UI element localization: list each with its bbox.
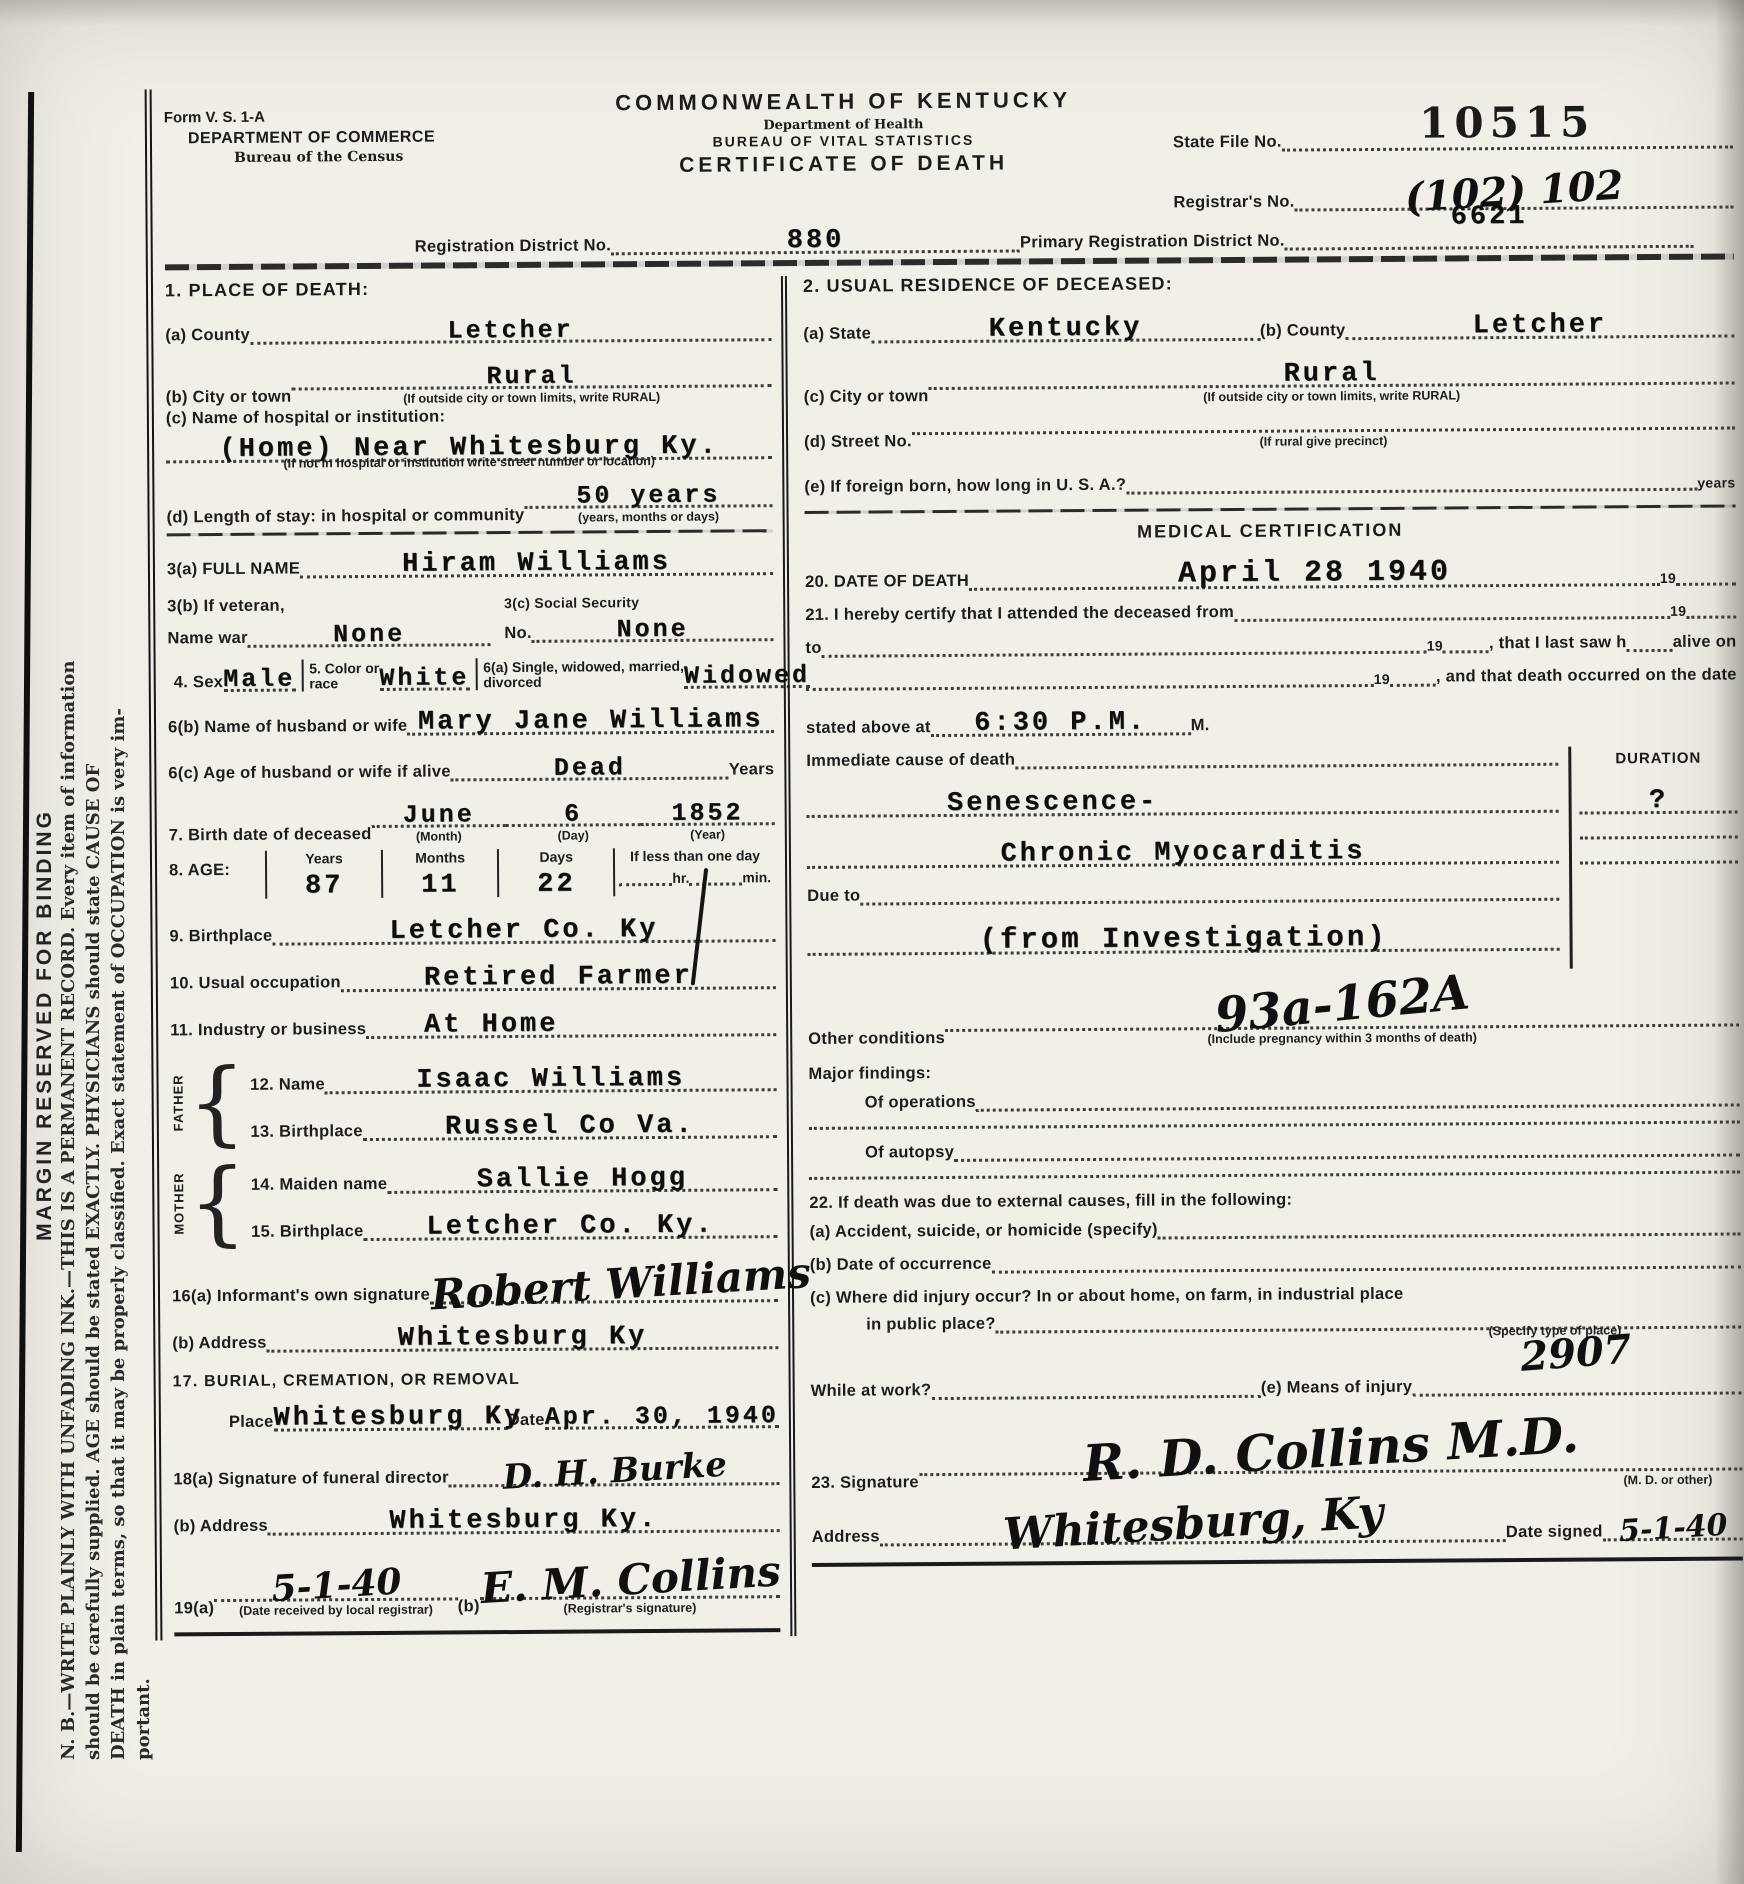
burial-date-line: Apr. 30, 1940 [545,1396,779,1430]
attended-to-row: to 19 , that I last saw h alive on [805,632,1736,657]
external-heading: 22. If death was due to external causes,… [809,1187,1740,1212]
dod-year-line [1676,582,1736,585]
county-row: (a) County Letcher [165,309,771,345]
father-brace: { [187,1066,246,1140]
city-line: Rural [291,355,771,390]
residence-heading: 2. USUAL RESIDENCE OF DECEASED: [803,269,1734,296]
occupation-line: Retired Farmer [341,956,776,992]
occurred-label: , and that death occurred on the date [1436,665,1737,686]
age-years-cap: Years [267,850,381,867]
cause2-value: Chronic Myocarditis [1000,837,1365,870]
occurred-year: 19 [1374,671,1390,687]
city-note: (If outside city or town limits, write R… [292,389,772,406]
veteran-label2: Name war [167,629,247,649]
industry-line: At Home [366,1003,776,1039]
informant-addr-row: (b) Address Whitesburg Ky [172,1316,778,1353]
means-value: 2907 [1518,1325,1633,1380]
sex-line: Male [223,660,295,693]
veteran-label: 3(b) If veteran, [167,595,490,616]
state-file-number: 10515 [1419,97,1595,147]
margin-instructions: N. B.—WRITE PLAINLY WITH UNFADING INK.—T… [56,120,156,1760]
header-agency-block: Form V. S. 1-A DEPARTMENT OF COMMERCE Bu… [164,91,515,166]
date-signed-value: 5-1-40 [1618,1508,1728,1549]
mother-bp-line: Letcher Co. Ky. [363,1205,777,1241]
registrar-sig-label: (b) [458,1597,480,1616]
date-signed-label: Date signed [1506,1522,1603,1542]
spouse-age-label: 6(c) Age of husband or wife if alive [168,762,451,783]
mother-bp-label: 15. Birthplace [251,1222,364,1242]
age-less-cap: If less than one day [615,847,775,864]
burial-date-value: Apr. 30, 1940 [545,1401,779,1432]
certificate-title: CERTIFICATE OF DEATH [514,150,1173,179]
duration-line-1: ? [1579,780,1737,814]
father-name-label: 12. Name [250,1075,325,1095]
duration-row-3 [1580,860,1738,864]
foreign-label: (e) If foreign born, how long in U. S. A… [804,476,1126,497]
foreign-line [1126,488,1697,495]
age-hr-line [619,883,672,886]
while-at-work-label: While at work? [811,1381,932,1401]
veteran-block: 3(b) If veteran, Name war None [167,595,490,648]
age-years-cell: Years 87 [265,850,381,899]
mother-name-value: Sallie Hogg [477,1164,688,1195]
physician-addr-row: Address Whitesburg, Ky Date signed 5-1-4… [811,1486,1742,1566]
to-year: 19 [1427,638,1443,654]
ssn-label: 3(c) Social Security [504,593,773,611]
full-name-line: Hiram Williams [300,542,773,578]
occupation-row: 10. Usual occupation Retired Farmer [170,956,776,993]
father-name-line: Isaac Williams [325,1058,777,1094]
industry-row: 11. Industry or business At Home [170,1003,776,1040]
father-name-row: 12. Name Isaac Williams [250,1058,777,1095]
spouse-age-row: 6(c) Age of husband or wife if alive Dea… [168,747,774,783]
scan-top-shadow [0,0,1744,26]
sex-color-marital-band: 4. Sex Male 5. Color orrace White 6(a) S… [168,656,774,692]
registrar-sig-line: E. M. Collins [479,1546,780,1600]
while-at-work-line [931,1395,1260,1400]
burial-heading: 17. BURIAL, CREMATION, OR REMOVAL [173,1369,779,1391]
mother-name-row: 14. Maiden name Sallie Hogg [251,1158,778,1195]
residence-state-label: (a) State [803,324,871,343]
of-operations-label: Of operations [865,1093,976,1113]
of-operations-row: Of operations [809,1087,1740,1112]
state-file-line: 10515 [1281,96,1733,151]
last-saw-label: , that I last saw h [1489,633,1627,653]
industry-label: 11. Industry or business [170,1020,366,1040]
marital-label: 6(a) Single, widowed, married,divorced [483,659,684,690]
immediate-cause-label: Immediate cause of death [806,751,1015,771]
external-a-row: (a) Accident, suicide, or homicide (spec… [810,1216,1741,1241]
sex-label: 4. Sex [174,673,224,692]
date-of-death-label: 20. DATE OF DEATH [805,572,969,592]
funeral-addr-label: (b) Address [174,1517,269,1537]
informant-addr-line: Whitesburg Ky [267,1316,779,1353]
veteran-value: None [333,620,405,650]
father-caption: FATHER [170,1075,185,1132]
father-block: FATHER { 12. Name Isaac Williams 13. Bir… [170,1058,777,1144]
other-conditions-line: 93a-162A [945,967,1740,1032]
time-line: 6:30 P.M. [931,702,1191,737]
physician-addr-value: Whitesburg, Ky [1002,1487,1385,1560]
blank-fill-1 [809,1120,1740,1129]
veteran-ssn-band: 3(b) If veteran, Name war None 3(c) Soci… [167,593,773,648]
city-row: (b) City or town Rural (If outside city … [165,355,771,407]
color-cell: 5. Color orrace White [301,658,475,691]
department-name: DEPARTMENT OF COMMERCE [188,128,514,148]
other-conditions-row: Other conditions 93a-162A (Include pregn… [808,967,1740,1048]
birth-month-line: June [371,795,506,828]
age-days-cap: Days [499,848,613,865]
stay-row: (d) Length of stay: in hospital or commu… [166,475,772,527]
date-of-death-row: 20. DATE OF DEATH April 28 1940 19 [805,548,1736,591]
informant-sig-label: 16(a) Informant's own signature [172,1286,430,1307]
color-label: 5. Color orrace [309,661,379,691]
stated-row: stated above at 6:30 P.M. M. [806,698,1737,737]
mother-caption: MOTHER [171,1172,186,1234]
place-of-death-heading: 1. PLACE OF DEATH: [165,276,771,301]
spouse-age-value: Dead [554,753,626,783]
spouse-value: Mary Jane Williams [418,705,764,737]
external-c-label: (c) Where did injury occur? In or about … [810,1282,1741,1307]
certify-label: 21. I hereby certify that I attended the… [805,603,1234,625]
spouse-line: Mary Jane Williams [407,700,774,736]
external-c2-label: in public place? [866,1315,996,1335]
due-value: (from Investigation) [979,921,1387,957]
dod-year-prefix: 19 [1660,570,1676,586]
right-column: 2. USUAL RESIDENCE OF DECEASED: (a) Stat… [787,269,1743,1636]
cause2-row: Chronic Myocarditis [807,831,1559,869]
funeral-addr-row: (b) Address Whitesburg Ky. [173,1499,779,1536]
burial-place-label: Place [229,1413,274,1432]
of-autopsy-row: Of autopsy [809,1137,1740,1162]
certificate-form: Form V. S. 1-A DEPARTMENT OF COMMERCE Bu… [145,78,1744,1640]
hospital-label: (c) Name of hospital or institution: [166,405,772,428]
duration-line-3 [1580,860,1738,864]
certify-year-prefix: 19 [1670,603,1686,619]
to-label: to [805,639,821,658]
residence-county-line: Letcher [1345,304,1734,340]
age-years-value: 87 [305,871,344,901]
residence-city-line: Rural [928,351,1734,390]
ssn-block: 3(c) Social Security No. None [490,593,773,646]
duration-line-2 [1580,835,1738,839]
residence-city-label: (c) City or town [804,387,929,407]
marital-cell: 6(a) Single, widowed, married,divorced W… [475,656,816,690]
margin-instructions-line: should be carefully supplied. AGE should… [81,120,106,1760]
burial-place-line: Whitesburg Ky [273,1397,507,1432]
burial-place-row: Place Whitesburg Ky Date Apr. 30, 1940 [173,1395,779,1432]
informant-addr-label: (b) Address [172,1334,267,1354]
birthplace-label: 9. Birthplace [169,927,272,947]
alive-on-label: alive on [1673,632,1737,651]
other-conditions-label: Other conditions [808,1029,945,1049]
form-number: Form V. S. 1-A [164,107,514,126]
date-of-death-line: April 28 1940 [969,549,1660,591]
physician-sig-line: R. D. Collins M.D. [918,1408,1742,1476]
age-days-value: 22 [537,870,576,900]
stated-label: stated above at [806,718,931,738]
father-name-value: Isaac Williams [416,1064,685,1096]
funeral-addr-value: Whitesburg Ky. [389,1505,658,1537]
certify-line [1234,616,1670,622]
marital-line: Widowed [684,656,810,689]
received-date: 5-1-40 [270,1560,402,1610]
birth-month-cap: (Month) [372,829,506,844]
hospital-line: (Home) Near Whitesburg Ky. [166,426,772,463]
hospital-row: (Home) Near Whitesburg Ky. [166,426,772,463]
father-bp-row: 13. Birthplace Russel Co Va. [250,1105,777,1142]
margin-binding-text: MARGIN RESERVED FOR BINDING [34,645,55,1405]
occurred-year-line [1390,684,1436,687]
ssn-label2: No. [504,624,532,643]
funeral-director-label: 18(a) Signature of funeral director [173,1468,449,1489]
birth-day-line: 6 [506,794,641,827]
registrar-no-label: Registrar's No. [1173,193,1294,213]
age-min-line [689,882,742,885]
section-divider [167,529,773,536]
age-grid: 8. AGE: Years 87 Months 11 Days 22 [169,847,775,899]
residence-state-line: Kentucky [871,308,1260,344]
medical-divider [805,504,1736,513]
form-header: Form V. S. 1-A DEPARTMENT OF COMMERCE Bu… [164,82,1734,219]
spouse-label: 6(b) Name of husband or wife [168,717,408,738]
full-name-label: 3(a) FULL NAME [167,559,300,579]
age-months-cell: Months 11 [381,849,497,898]
mother-bp-row: 15. Birthplace Letcher Co. Ky. [251,1205,778,1242]
funeral-director-signature: D. H. Burke [501,1445,727,1498]
father-bp-label: 13. Birthplace [250,1122,363,1142]
informant-addr-value: Whitesburg Ky [398,1322,648,1354]
funeral-addr-line: Whitesburg Ky. [268,1499,780,1536]
residence-state-value: Kentucky [989,314,1143,345]
blank-line-2 [809,1170,1740,1179]
occupation-label: 10. Usual occupation [170,973,341,993]
funeral-director-line: D. H. Burke [449,1442,780,1487]
cause2-line: Chronic Myocarditis [807,831,1559,869]
funeral-director-row: 18(a) Signature of funeral director D. H… [173,1442,779,1489]
registrar-row: 19(a) 5-1-40 (Date received by local reg… [174,1546,781,1636]
birth-day-cap: (Day) [506,828,640,843]
residence-city-row: (c) City or town Rural (If outside city … [803,351,1734,406]
birthplace-row: 9. Birthplace Letcher Co. Ky [169,909,775,946]
age-months-value: 11 [421,870,460,900]
duration-row-1: ? [1579,780,1737,814]
means-line: 2907 [1412,1344,1742,1396]
margin-instructions-line: DEATH in plain terms, so that it may be … [106,120,131,1760]
residence-city-note: (If outside city or town limits, write R… [929,386,1735,406]
physician-sig-label: 23. Signature [811,1473,919,1493]
marital-value: Widowed [684,661,810,691]
veteran-line: None [248,614,491,648]
stay-line: 50 years [524,475,772,509]
of-autopsy-line [954,1153,1740,1161]
physician-addr-label: Address [812,1527,880,1546]
duration-column: DURATION ? [1568,745,1739,968]
header-title-block: COMMONWEALTH OF KENTUCKY Department of H… [514,86,1174,179]
residence-county-value: Letcher [1473,310,1608,341]
city-value: Rural [486,362,576,392]
immediate-cause-row: Immediate cause of death [806,747,1558,771]
bureau-vital-statistics: BUREAU OF VITAL STATISTICS [514,130,1173,151]
spouse-age-line: Dead [451,748,729,782]
stay-value: 50 years [576,481,720,511]
due-to-row: Due to [807,882,1559,906]
certify-year-line [1686,615,1736,618]
registration-district-line: 880 [611,219,1020,255]
primary-district-line: 6621 [1285,215,1694,251]
full-name-value: Hiram Williams [402,548,671,580]
to-line [822,651,1427,658]
registration-district-label: Registration District No. [415,236,611,256]
registration-district-number: 880 [787,226,845,256]
sex-cell: 4. Sex Male [168,659,302,692]
hospital-value: (Home) Near Whitesburg Ky. [219,432,718,465]
mother-name-line: Sallie Hogg [387,1158,777,1194]
residence-state-row: (a) State Kentucky (b) County Letcher [803,304,1734,343]
to-year-line [1443,650,1489,653]
age-months-cap: Months [383,849,497,866]
informant-signature: Robert Williams [429,1248,812,1319]
industry-value: At Home [424,1010,559,1041]
sex-value: Male [223,665,295,695]
street-row: (d) Street No. (If rural give precinct) [804,426,1735,451]
age-hr-cap: hr. [672,870,689,886]
state-file-label: State File No. [1173,133,1282,153]
margin-instructions-line: N. B.—WRITE PLAINLY WITH UNFADING INK.—T… [56,120,81,1760]
birth-year: 1852 [671,798,743,828]
commonwealth-title: COMMONWEALTH OF KENTUCKY [514,86,1173,117]
external-b-label: (b) Date of occurrence [810,1255,992,1275]
mother-bp-value: Letcher Co. Ky. [426,1211,714,1243]
of-autopsy-label: Of autopsy [865,1143,954,1163]
bureau-name: Bureau of the Census [234,148,514,166]
district-row: Registration District No. 880 Primary Re… [415,215,1694,257]
county-value: Letcher [447,316,573,346]
father-bp-line: Russel Co Va. [363,1105,777,1141]
mother-name-label: 14. Maiden name [251,1175,388,1195]
residence-county-label: (b) County [1260,321,1346,341]
death-certificate-scan: MARGIN RESERVED FOR BINDING N. B.—WRITE … [0,0,1744,1884]
birth-year-cap: (Year) [640,827,774,842]
date-signed-line: 5-1-40 [1603,1502,1743,1541]
header-file-block: State File No. 10515 Registrar's No. (10… [1173,82,1734,212]
foreign-suffix: years [1697,474,1735,490]
h-line [1627,649,1673,652]
color-value: White [379,663,469,693]
informant-sig-row: 16(a) Informant's own signature Robert W… [172,1250,778,1306]
certify-row: 21. I hereby certify that I attended the… [805,599,1736,624]
primary-district-number: 6621 [1451,202,1528,233]
external-a-label: (a) Accident, suicide, or homicide (spec… [810,1221,1158,1242]
street-label: (d) Street No. [804,432,912,452]
scan-page-edge [16,92,34,1852]
due-value-line: (from Investigation) [807,915,1559,956]
age-days-cell: Days 22 [497,848,613,897]
external-b-line [992,1265,1741,1273]
birthdate-row: 7. Birth date of deceased June (Month) 6… [169,793,775,845]
county-line: Letcher [250,309,772,345]
blank-line-1 [809,1120,1740,1129]
duration-value: ? [1649,786,1668,816]
physician-addr-line: Whitesburg, Ky [880,1488,1506,1546]
external-a-line [1158,1232,1741,1239]
county-label: (a) County [165,326,250,346]
ssn-value: None [616,615,688,645]
birth-day: 6 [564,800,582,829]
age-label-cell: 8. AGE: [169,851,265,900]
time-value: 6:30 P.M. [974,708,1147,739]
spouse-row: 6(b) Name of husband or wife Mary Jane W… [168,700,774,737]
residence-city-value: Rural [1283,359,1379,390]
occurred-row: 19 , and that death occurred on the date [806,665,1737,690]
means-label: (e) Means of injury [1261,1378,1413,1398]
stay-note: (years, months or days) [524,509,772,525]
header-divider [165,253,1734,270]
cause1-line: Senescence- [806,780,1558,818]
duration-caption: DURATION [1579,749,1737,767]
city-label: (b) City or town [166,388,292,408]
street-note: (If rural give precinct) [912,431,1735,451]
received-line: 5-1-40 [214,1555,458,1602]
due-to-line [860,898,1559,906]
age-min-cap: min. [742,869,771,885]
received-label: 19(a) [174,1599,214,1618]
date-of-death-value: April 28 1940 [1178,555,1451,591]
while-at-work-row: While at work? (e) Means of injury 2907 [810,1344,1741,1400]
birth-year-line: 1852 [640,793,775,826]
stay-label: (d) Length of stay: in hospital or commu… [167,506,525,527]
cause1-value: Senescence- [947,788,1158,819]
blank-fill-2 [809,1170,1740,1179]
m-suffix: M. [1191,716,1210,735]
mother-brace: { [188,1166,247,1240]
immediate-cause-line [1015,763,1558,770]
occupation-value: Retired Farmer [424,962,693,994]
medical-heading: MEDICAL CERTIFICATION [805,517,1736,544]
color-line: White [379,658,469,691]
duration-row-2 [1580,835,1738,839]
of-operations-line [976,1103,1740,1111]
cause1-row: Senescence- [806,780,1558,818]
mother-block: MOTHER { 14. Maiden name Sallie Hogg 15.… [171,1158,778,1244]
occurred-line [806,684,1374,691]
cause-section: Immediate cause of death Senescence- Chr… [806,745,1739,973]
ssn-line: None [532,609,774,643]
father-bp-value: Russel Co Va. [445,1111,695,1143]
primary-district-label: Primary Registration District No. [1020,232,1285,253]
due-to-label: Due to [807,887,860,906]
birth-month: June [403,800,475,830]
spouse-age-suffix: Years [729,760,775,779]
physician-sig-row: 23. Signature R. D. Collins M.D. (M. D. … [811,1408,1743,1492]
due-value-row: (from Investigation) [807,915,1559,956]
burial-place-value: Whitesburg Ky [273,1402,523,1434]
age-less-cell: If less than one day hr. min. [613,847,775,896]
full-name-row: 3(a) FULL NAME Hiram Williams [167,542,773,579]
external-b-row: (b) Date of occurrence [810,1249,1741,1274]
birthplace-value: Letcher Co. Ky [389,915,658,947]
foreign-row: (e) If foreign born, how long in U. S. A… [804,471,1735,496]
major-findings-label: Major findings: [808,1058,1739,1083]
informant-sig-line: Robert Williams [430,1250,778,1304]
birthdate-label: 7. Birth date of deceased [169,825,372,845]
